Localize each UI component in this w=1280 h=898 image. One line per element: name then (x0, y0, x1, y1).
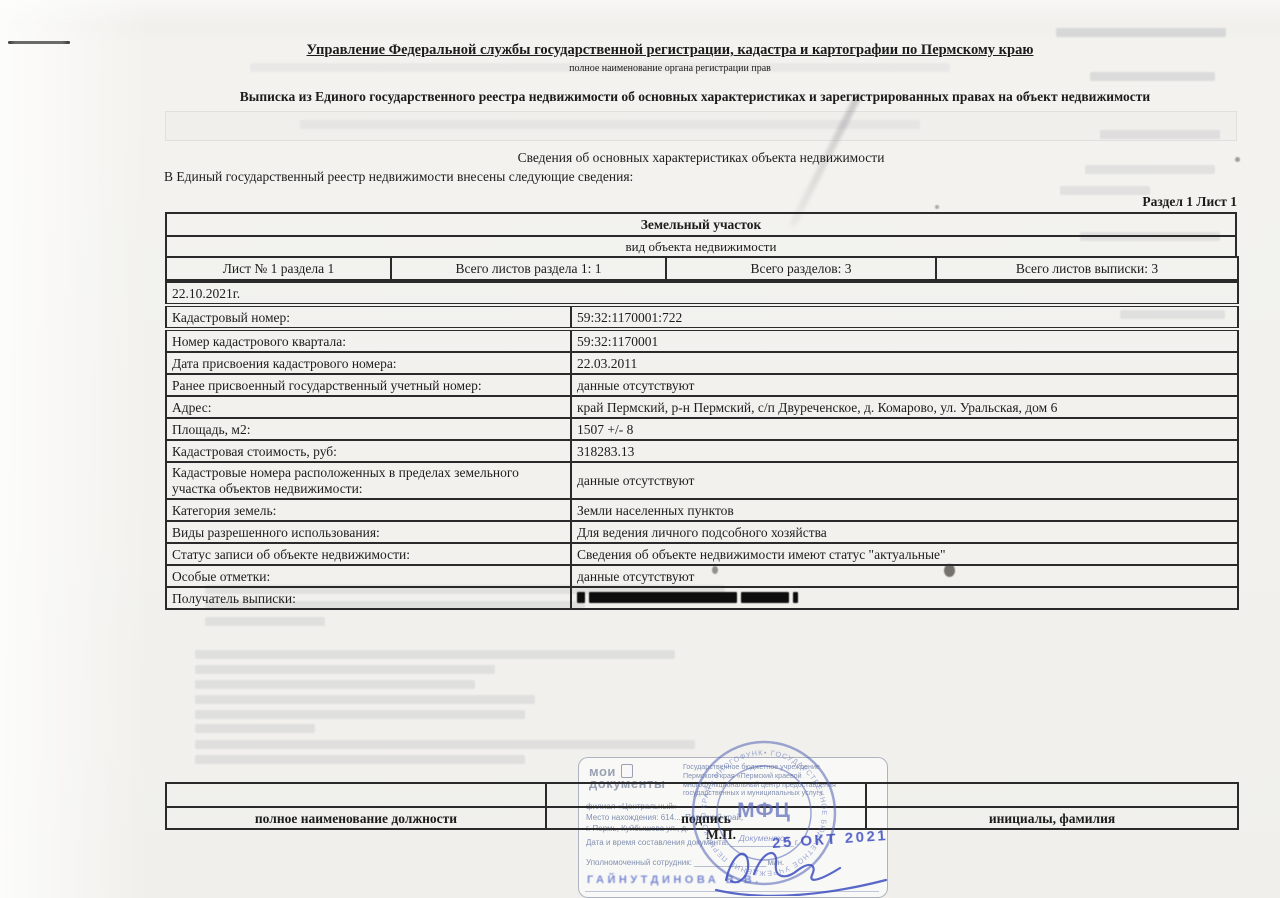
bleedthrough-line (195, 724, 315, 733)
table-row: Кадастровая стоимость, руб: 318283.13 (166, 440, 1238, 462)
row-value-cell: край Пермский, р-н Пермский, с/п Двурече… (571, 396, 1238, 418)
document-title: Выписка из Единого государственного реес… (170, 89, 1220, 105)
bleedthrough-line (195, 695, 535, 704)
row-value-cell: Сведения об объекте недвижимости имеют с… (571, 543, 1238, 565)
table-row: вид объекта недвижимости (166, 236, 1236, 257)
table-row: Кадастровый номер: 59:32:1170001:722 (166, 305, 1238, 329)
name-input-cell (866, 783, 1238, 807)
row-value-cell-redacted (571, 587, 1238, 609)
bleedthrough-line (1060, 186, 1150, 195)
row-value-cell: Для ведения личного подсобного хозяйства (571, 521, 1238, 543)
row-value-cell: 318283.13 (571, 440, 1238, 462)
bleedthrough-line (195, 680, 475, 689)
redacted-value (577, 591, 798, 603)
table-row: Земельный участок (166, 213, 1236, 236)
row-value-cell: 59:32:1170001:722 (571, 305, 1238, 329)
section-sheet-label: Раздел 1 Лист 1 (1142, 194, 1237, 210)
row-value-cell: данные отсутствуют (571, 565, 1238, 587)
position-input-cell (166, 783, 546, 807)
bleedthrough-line (195, 755, 525, 764)
bleedthrough-line (1056, 28, 1226, 37)
name-label-cell: инициалы, фамилия (866, 807, 1238, 829)
extract-date-cell: 22.10.2021г. (166, 282, 1238, 305)
scan-artifact-dash (8, 41, 70, 44)
row-label-cell: Получатель выписки: (166, 587, 571, 609)
row-label-cell: Кадастровая стоимость, руб: (166, 440, 571, 462)
row-label-cell: Кадастровые номера расположенных в преде… (166, 462, 571, 499)
mfc-officer-label: Уполномоченный сотрудник: (586, 858, 692, 867)
registration-authority-name: Управление Федеральной службы государств… (130, 42, 1210, 59)
scan-top-highlight (0, 0, 1280, 26)
scan-edge-highlight (0, 0, 150, 898)
row-value-cell: 22.03.2011 (571, 352, 1238, 374)
intro-line: В Единый государственный реестр недвижим… (164, 169, 633, 185)
table-row: Ранее присвоенный государственный учетны… (166, 374, 1238, 396)
table-row: Особые отметки: данные отсутствуют (166, 565, 1238, 587)
bleedthrough-line (1085, 165, 1215, 174)
object-type-table: Земельный участок вид объекта недвижимос… (165, 212, 1237, 258)
row-label-cell: Виды разрешенного использования: (166, 521, 571, 543)
object-type-value: Земельный участок (166, 213, 1236, 236)
row-label-cell: Статус записи об объекте недвижимости: (166, 543, 571, 565)
row-label-cell: Номер кадастрового квартала: (166, 329, 571, 352)
bleedthrough-line (195, 665, 495, 674)
scanned-egrn-extract-page: Управление Федеральной службы государств… (0, 0, 1280, 898)
authority-caption: полное наименование органа регистрации п… (130, 63, 1210, 74)
row-label-cell: Дата присвоения кадастрового номера: (166, 352, 571, 374)
table-row: Дата присвоения кадастрового номера: 22.… (166, 352, 1238, 374)
sheet-number-cell: Лист № 1 раздела 1 (166, 257, 391, 280)
row-label-cell: Площадь, м2: (166, 418, 571, 440)
table-row: Статус записи об объекте недвижимости: С… (166, 543, 1238, 565)
row-label-cell: Особые отметки: (166, 565, 571, 587)
table-row: 22.10.2021г. (166, 282, 1238, 305)
section-title: Сведения об основных характеристиках объ… (165, 150, 1237, 166)
bleedthrough-line (195, 650, 675, 659)
table-row: Номер кадастрового квартала: 59:32:11700… (166, 329, 1238, 352)
table-row: Площадь, м2: 1507 +/- 8 (166, 418, 1238, 440)
table-row: Получатель выписки: (166, 587, 1238, 609)
table-row: Лист № 1 раздела 1 Всего листов раздела … (166, 257, 1238, 280)
row-value-cell: 59:32:1170001 (571, 329, 1238, 352)
row-value-cell: Земли населенных пунктов (571, 499, 1238, 521)
row-label-cell: Ранее присвоенный государственный учетны… (166, 374, 571, 396)
round-stamp-center-text: МФЦ (737, 799, 791, 822)
bleedthrough-line (195, 740, 695, 749)
row-label-cell: Категория земель: (166, 499, 571, 521)
details-table: 22.10.2021г. Кадастровый номер: 59:32:11… (165, 281, 1239, 610)
table-row: Категория земель: Земли населенных пункт… (166, 499, 1238, 521)
row-label-cell: Кадастровый номер: (166, 305, 571, 329)
object-type-caption: вид объекта недвижимости (166, 236, 1236, 257)
bleedthrough-line (195, 710, 525, 719)
bleedthrough-table-outline (165, 111, 1237, 141)
table-row: Адрес: край Пермский, р-н Пермский, с/п … (166, 396, 1238, 418)
row-label-cell: Адрес: (166, 396, 571, 418)
table-row: Виды разрешенного использования: Для вед… (166, 521, 1238, 543)
row-value-cell: данные отсутствуют (571, 374, 1238, 396)
sheets-summary-table: Лист № 1 раздела 1 Всего листов раздела … (165, 256, 1239, 281)
sheets-in-section-cell: Всего листов раздела 1: 1 (391, 257, 666, 280)
sections-total-cell: Всего разделов: 3 (666, 257, 936, 280)
position-label-cell: полное наименование должности (166, 807, 546, 829)
row-value-cell: 1507 +/- 8 (571, 418, 1238, 440)
table-row: Кадастровые номера расположенных в преде… (166, 462, 1238, 499)
row-value-cell: данные отсутствуют (571, 462, 1238, 499)
handwritten-signature (712, 838, 892, 896)
sheets-total-cell: Всего листов выписки: 3 (936, 257, 1238, 280)
bleedthrough-line (205, 617, 325, 626)
scan-speck (935, 205, 939, 209)
